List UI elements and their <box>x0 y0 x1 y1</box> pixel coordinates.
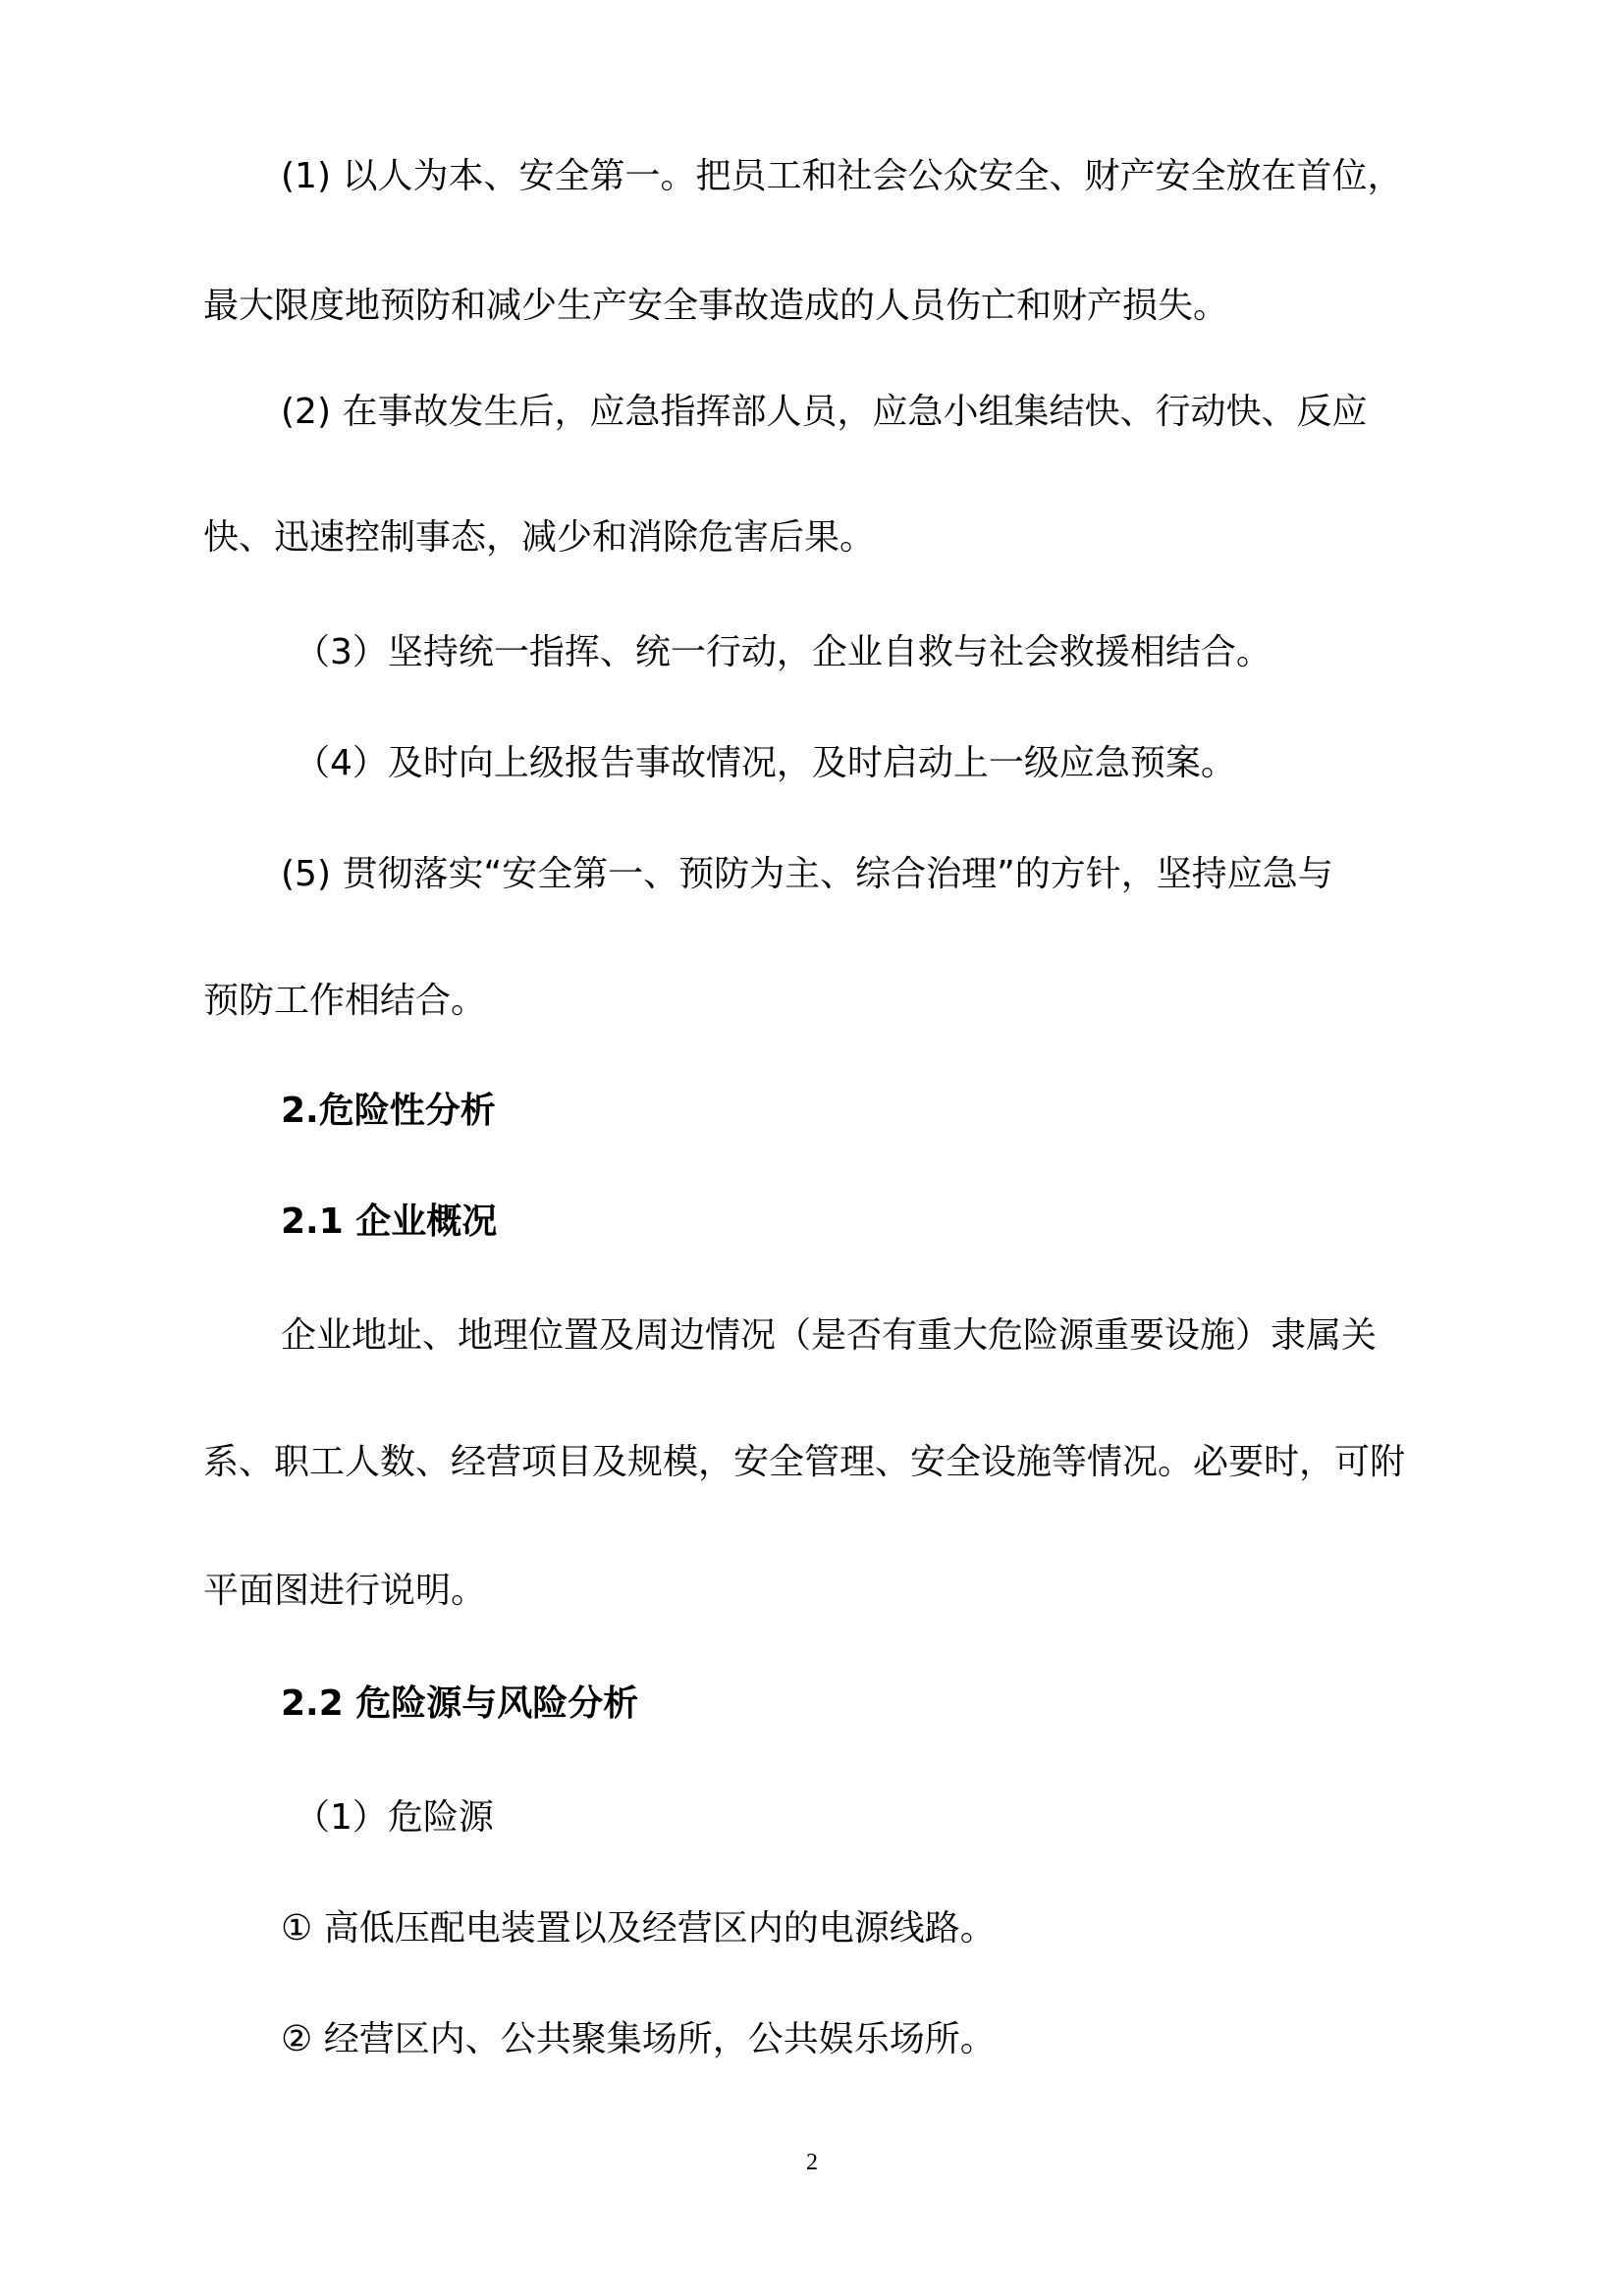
overview-line-1: 企业地址、地理位置及周边情况（是否有重大危险源重要设施）隶属关 <box>281 1314 1377 1358</box>
principle-4: （4）及时向上级报告事故情况，及时启动上一级应急预案。 <box>295 742 1236 785</box>
overview-line-3: 平面图进行说明。 <box>203 1570 486 1613</box>
section-heading-2-1: 2.1 企业概况 <box>281 1201 497 1244</box>
principle-2-line-1: (2) 在事故发生后，应急指挥部人员，应急小组集结快、行动快、反应 <box>281 391 1367 434</box>
hazard-source-heading: （1）危险源 <box>295 1796 494 1840</box>
principle-5-line-1: (5) 贯彻落实“安全第一、预防为主、综合治理”的方针，坚持应急与 <box>281 853 1333 896</box>
page-number: 2 <box>0 2148 1624 2177</box>
section-heading-2-2: 2.2 危险源与风险分析 <box>281 1682 638 1726</box>
principle-2-line-2: 快、迅速控制事态，减少和消除危害后果。 <box>203 516 875 560</box>
principle-3: （3）坚持统一指挥、统一行动，企业自救与社会救援相结合。 <box>295 631 1272 674</box>
principle-1-line-1: (1) 以人为本、安全第一。把员工和社会公众安全、财产安全放在首位， <box>281 155 1402 198</box>
hazard-item-2: ② 经营区内、公共聚集场所，公共娱乐场所。 <box>281 2018 996 2061</box>
document-page: (1) 以人为本、安全第一。把员工和社会公众安全、财产安全放在首位， 最大限度地… <box>0 0 1624 2296</box>
overview-line-2: 系、职工人数、经营项目及规模，安全管理、安全设施等情况。必要时，可附 <box>203 1441 1405 1484</box>
hazard-item-1: ① 高低压配电装置以及经营区内的电源线路。 <box>281 1907 996 1950</box>
section-heading-2: 2.危险性分析 <box>281 1090 496 1133</box>
principle-1-line-2: 最大限度地预防和减少生产安全事故造成的人员伤亡和财产损失。 <box>203 285 1228 328</box>
principle-5-line-2: 预防工作相结合。 <box>203 980 486 1023</box>
